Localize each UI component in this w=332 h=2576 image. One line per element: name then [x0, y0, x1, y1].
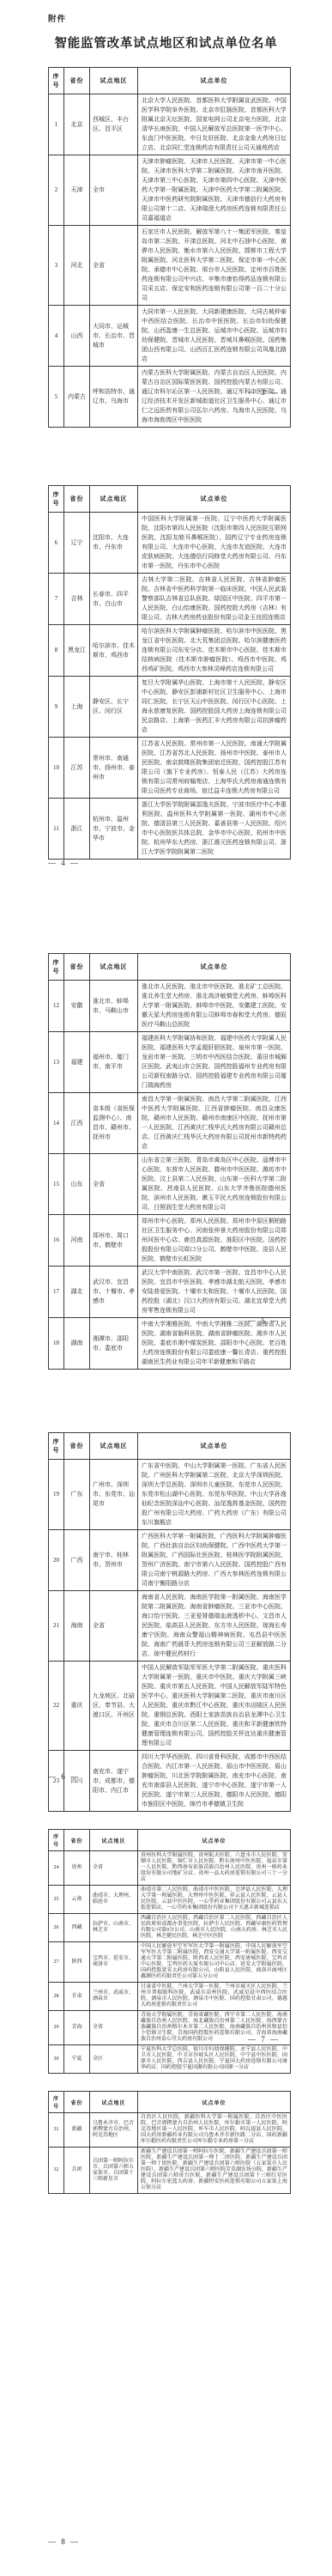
cell-province: 湖北: [64, 1267, 90, 1318]
cell-no: 15: [49, 1154, 64, 1215]
cell-region: 大同市、运城市、长治市、晋城市: [90, 306, 138, 367]
table-row: 4山西大同市、运城市、长治市、晋城市大同市第一人民医院、大同新建康医院、大同古城…: [49, 306, 291, 367]
cell-units: 郑州市中心医院、郑州人民医院、郑州市中原区桐柏路社区卫生服务中心、河南张仲景大药…: [138, 1215, 291, 1267]
pilot-table-page-8: 序号 省份 试点地区 试点单位 31新疆乌鲁木齐市、巴音郭楞蒙古自治州、阿克苏地…: [48, 2091, 291, 2194]
table-row: 11浙江杭州市、温州市、宁波市、金华市浙江大学医学院附属邵逸夫医院、宁波市医疗中…: [49, 799, 291, 860]
table-row: 14江西省本级（省医保监测中心）、南昌市、赣州市、抚州市南昌大学第一附属医院、南…: [49, 1093, 291, 1154]
cell-region: 全区: [90, 2045, 138, 2074]
cell-province: 海南: [64, 1591, 90, 1662]
pilot-table-page-3: 序号 省份 试点地区 试点单位 1北京西城区、丰台区、昌平区北京大学人民医院、首…: [48, 67, 291, 428]
table-row: 20广西南宁市、桂林市、贺州市广西医科大学第一附属医院、广西医科大学附属肿瘤医院…: [49, 1530, 291, 1591]
cell-no: 9: [49, 677, 64, 738]
attachment-label: 附件: [48, 12, 66, 24]
cell-province: 西藏: [64, 1914, 90, 1942]
page-number: — 5 —: [48, 1316, 280, 1325]
cell-units: 宁夏医科大学总医院、银川市妇幼保健院、永宁县人民医院、中卫市人民医院、中卫市沙坡…: [138, 2045, 291, 2074]
cell-no: 28: [49, 1983, 64, 2011]
cell-region: 南宁市、桂林市、贺州市: [90, 1530, 138, 1591]
cell-region: 兵团第一师阿拉尔市、兵团第六师五家渠市、兵团第十三师新星市: [90, 2148, 138, 2194]
col-header-no: 序号: [49, 68, 64, 94]
cell-units: 自治区人民医院、新疆医科大学第一附属医院、自治区中医医院、巴音郭楞蒙古自治州人民…: [138, 2113, 291, 2148]
cell-units: 广东省中医院、中山大学附属第一医院、广东省人民医院、广州医科大学附属第二医院、北…: [138, 1460, 291, 1530]
cell-province: 福建: [64, 1032, 90, 1093]
cell-units: 中国人民解放军陆军军医大学第二附属医院、重庆医科大学附属第一医院、重庆市中医院、…: [138, 1662, 291, 1751]
col-header-units: 试点单位: [138, 1433, 291, 1460]
col-header-no: 序号: [49, 2092, 64, 2113]
cell-province: 广西: [64, 1530, 90, 1591]
table-header: 序号 省份 试点地区 试点单位: [49, 954, 291, 981]
cell-no: 23: [49, 1751, 64, 1812]
cell-province: 广东: [64, 1460, 90, 1530]
table-row: 9上海静安区、长宁区、闵行区复旦大学附属华山医院、上海市第十人民医院、静安区中心…: [49, 677, 291, 738]
cell-units: 福建医科大学附属协和医院、福建中医药大学附属人民医院、福建医科大学孟超肝胆医院、…: [138, 1032, 291, 1093]
cell-province: 安徽: [64, 981, 90, 1032]
cell-region: 乌鲁木齐市、巴音郭楞蒙古自治州、阿克苏地区: [90, 2113, 138, 2148]
cell-no: 14: [49, 1093, 64, 1154]
col-header-province: 省份: [64, 68, 90, 94]
page-number: — 4 —: [48, 859, 280, 867]
cell-units: 大同市第一人民医院、大同新建康医院、大同古城仲泰中西医结合医院、长治市中医医院、…: [138, 306, 291, 367]
table-row: 13福建福州市、厦门市、南平市福建医科大学附属协和医院、福建中医药大学附属人民医…: [49, 1032, 291, 1093]
cell-province: 陕西: [64, 1942, 90, 1983]
cell-units: 中南大学湘雅医院、中南大学湘雅二医院、湖南省人民医院、湖南省脑科医院、湖南省肿瘤…: [138, 1318, 291, 1370]
cell-units: 曲靖市第二人民医院、曲靖市中医医院、会泽县人民医院、大理大学第一附属医院、大理州…: [138, 1886, 291, 1914]
cell-region: 九龙坡区、北碚区、奉节县、大渡口区、开州区: [90, 1662, 138, 1751]
cell-province: 江西: [64, 1093, 90, 1154]
cell-region: 全省: [90, 226, 138, 306]
pilot-table-page-5: 序号 省份 试点地区 试点单位 12安徽淮北市、蚌埠市、马鞍山市淮北市人民医院、…: [48, 953, 291, 1370]
cell-no: 27: [49, 1942, 64, 1983]
col-header-region: 试点地区: [90, 1433, 138, 1460]
table-row: 8黑龙江哈尔滨市、佳木斯市、鸡西市哈尔滨医科大学附属肿瘤医院、哈尔滨市中医医院、…: [49, 625, 291, 677]
col-header-region: 试点地区: [90, 1830, 138, 1851]
cell-region: 武汉市、宜昌市、十堰市、孝感市: [90, 1267, 138, 1318]
cell-units: 淮北市人民医院、淮北市中医医院、淮北矿工总医院、淮北养生堂大药房、淮北高济敏慎堂…: [138, 981, 291, 1032]
cell-province: 湖南: [64, 1318, 90, 1370]
table-row: 28甘肃兰州市、武威市、酒泉市甘肃省中医院、兰州大学第一医院、兰州市城关区人民医…: [49, 1983, 291, 2011]
table-row: 23四川南充市、遂宁市、成都市、德阳市、内江市四川大学华西医院、四川省骨科医院、…: [49, 1751, 291, 1812]
page-number: — 3 —: [48, 388, 280, 397]
cell-region: 省本级（省医保监测中心）、南昌市、赣州市、抚州市: [90, 1093, 138, 1154]
table-row: 12安徽淮北市、蚌埠市、马鞍山市淮北市人民医院、淮北市中医医院、淮北矿工总医院、…: [49, 981, 291, 1032]
cell-region: 长春市、四平市、白山市: [90, 574, 138, 625]
table-row: 30宁夏全区宁夏医科大学总医院、银川市妇幼保健院、永宁县人民医院、中卫市人民医院…: [49, 2045, 291, 2074]
table-row: 22重庆九龙坡区、北碚区、奉节县、大渡口区、开州区中国人民解放军陆军军医大学第二…: [49, 1662, 291, 1751]
cell-region: 沈阳市、大连市、丹东市: [90, 513, 138, 574]
cell-no: 30: [49, 2045, 64, 2074]
cell-units: 浙江大学医学院附属邵逸夫医院、宁波市医疗中心李惠利医院、温州医科大学附属第一医院…: [138, 799, 291, 860]
cell-no: 8: [49, 625, 64, 677]
cell-province: 北京: [64, 94, 90, 155]
col-header-units: 试点单位: [138, 1830, 291, 1851]
table-row: 2天津全市天津市肿瘤医院、天津市人民医院、天津市第一中心医院、天津市医科大学第二…: [49, 155, 291, 226]
table-header: 序号 省份 试点地区 试点单位: [49, 1830, 291, 1851]
cell-no: 1: [49, 94, 64, 155]
cell-no: 19: [49, 1460, 64, 1530]
cell-no: 6: [49, 513, 64, 574]
cell-region: 淮北市、蚌埠市、马鞍山市: [90, 981, 138, 1032]
table-row: 32兵团兵团第一师阿拉尔市、兵团第六师五家渠市、兵团第十三师新星市新疆生产建设兵…: [49, 2148, 291, 2194]
cell-no: 25: [49, 1886, 64, 1914]
table-row: 3河北全省石家庄市人民医院、解放军第八十一集团军医院、秦皇岛市第二医院、开滦总医…: [49, 226, 291, 306]
cell-no: 3: [49, 226, 64, 306]
table-row: 18湖南湘潭市、邵阳市、娄底市中南大学湘雅医院、中南大学湘雅二医院、湖南省人民医…: [49, 1318, 291, 1370]
col-header-units: 试点单位: [138, 486, 291, 513]
cell-no: 31: [49, 2113, 64, 2148]
cell-province: 河北: [64, 226, 90, 306]
col-header-units: 试点单位: [138, 954, 291, 981]
cell-province: 兵团: [64, 2148, 90, 2194]
cell-region: 呼和浩特市、通辽市、乌海市: [90, 367, 138, 428]
cell-province: 云南: [64, 1886, 90, 1914]
pilot-table-page-4: 序号 省份 试点地区 试点单位 6辽宁沈阳市、大连市、丹东市中国医科大学附属第一…: [48, 485, 291, 860]
cell-region: 拉萨市、山南市、林芝市: [90, 1914, 138, 1942]
cell-units: 吉林大学第二医院、吉林省人民医院、吉林省肿瘤医院、吉林省中医药科学院第一临床医院…: [138, 574, 291, 625]
col-header-region: 试点地区: [90, 2092, 138, 2113]
table-row: 31新疆乌鲁木齐市、巴音郭楞蒙古自治州、阿克苏地区自治区人民医院、新疆医科大学第…: [49, 2113, 291, 2148]
document-page: 附件 智能监管改革试点地区和试点单位名单 序号 省份 试点地区 试点单位 1北京…: [0, 0, 332, 2576]
table-row: 10江苏常州市、南通市、扬州市、泰州市江苏省人民医院、常州市第一人民医院、南通大…: [49, 738, 291, 799]
cell-region: 宝鸡市、延安市、商洛市: [90, 1942, 138, 1983]
cell-province: 江苏: [64, 738, 90, 799]
table-row: 21海南全省海南省人民医院、海南医学院第一附属医院、海南医学院第二附属医院、海南…: [49, 1591, 291, 1662]
cell-units: 新疆生产建设兵团第一师阿拉尔医院、新疆生产建设兵团第一师医院、新疆生产建设兵团第…: [138, 2148, 291, 2194]
cell-region: 曲靖市、大理州、临沧市: [90, 1886, 138, 1914]
cell-province: 上海: [64, 677, 90, 738]
cell-province: 甘肃: [64, 1983, 90, 2011]
table-row: 1北京西城区、丰台区、昌平区北京大学人民医院、首都医科大学附属宣武医院、中国医学…: [49, 94, 291, 155]
col-header-province: 省份: [64, 2092, 90, 2113]
cell-units: 广西医科大学第一附属医院、广西医科大学附属肿瘤医院、广西壮族自治区妇幼保健院、广…: [138, 1530, 291, 1591]
cell-province: 重庆: [64, 1662, 90, 1751]
cell-no: 7: [49, 574, 64, 625]
table-row: 25云南曲靖市、大理州、临沧市曲靖市第二人民医院、曲靖市中医医院、会泽县人民医院…: [49, 1886, 291, 1914]
table-header: 序号 省份 试点地区 试点单位: [49, 2092, 291, 2113]
col-header-province: 省份: [64, 954, 90, 981]
cell-region: 湘潭市、邵阳市、娄底市: [90, 1318, 138, 1370]
cell-region: 全市: [90, 155, 138, 226]
cell-units: 哈尔滨医科大学附属肿瘤医院、哈尔滨市中医医院、黑龙江省中医医院、北大荒集团总医院…: [138, 625, 291, 677]
cell-province: 吉林: [64, 574, 90, 625]
cell-units: 复旦大学附属华山医院、上海市第十人民医院、静安区中心医院、静安区彭浦新村社区卫生…: [138, 677, 291, 738]
cell-region: 福州市、厦门市、南平市: [90, 1032, 138, 1093]
cell-region: 广州市、深圳市、东莞市、汕尾市: [90, 1460, 138, 1530]
cell-province: 山西: [64, 306, 90, 367]
cell-region: 全省: [90, 1154, 138, 1215]
cell-no: 32: [49, 2148, 64, 2194]
cell-province: 黑龙江: [64, 625, 90, 677]
col-header-units: 试点单位: [138, 68, 291, 94]
cell-no: 20: [49, 1530, 64, 1591]
table-header: 序号 省份 试点地区 试点单位: [49, 68, 291, 94]
cell-units: 四川大学华西医院、四川省骨科医院、成都市中西医结合医院、内江市第一人民医院、眉山…: [138, 1751, 291, 1812]
table-row: 26西藏拉萨市、山南市、林芝市西藏自治区人民医院、西藏自治区第二人民医院、西藏自…: [49, 1914, 291, 1942]
table-row: 5内蒙古呼和浩特市、通辽市、乌海市内蒙古医科大学附属医院、内蒙古自治区人民医院、…: [49, 367, 291, 428]
cell-region: 杭州市、温州市、宁波市、金华市: [90, 799, 138, 860]
table-header: 序号 省份 试点地区 试点单位: [49, 1433, 291, 1460]
cell-units: 中国医科大学附属第一医院、辽宁中医药大学附属医院、沈阳市第四人民医院（沈阳市第四…: [138, 513, 291, 574]
table-header: 序号 省份 试点地区 试点单位: [49, 486, 291, 513]
cell-no: 22: [49, 1662, 64, 1751]
col-header-region: 试点地区: [90, 954, 138, 981]
table-row: 24贵州全省贵州医科大学附属医院、贵州航天医院、六盘水市人民医院、安顺市人民医院…: [49, 1851, 291, 1886]
table-row: 16河南郑州市、周口市、鹤壁市郑州市中心医院、郑州人民医院、郑州市中原区桐柏路社…: [49, 1215, 291, 1267]
cell-units: 北京大学人民医院、首都医科大学附属宣武医院、中国医学科学院阜外医院、北京市肛肠医…: [138, 94, 291, 155]
table-row: 19广东广州市、深圳市、东莞市、汕尾市广东省中医院、中山大学附属第一医院、广东省…: [49, 1460, 291, 1530]
cell-region: 西城区、丰台区、昌平区: [90, 94, 138, 155]
cell-units: 内蒙古医科大学附属医院、内蒙古自治区人民医院、内蒙古自治区国际蒙医医院、国药控股…: [138, 367, 291, 428]
table-row: 27陕西宝鸡市、延安市、商洛市中国人民解放军空军军医大学第一附属医院、中国人民解…: [49, 1942, 291, 1983]
cell-region: 南充市、遂宁市、成都市、德阳市、内江市: [90, 1751, 138, 1812]
cell-units: 中国人民解放军空军军医大学第一附属医院、中国人民解放军空军军医大学第二附属医院、…: [138, 1942, 291, 1983]
cell-units: 江苏省人民医院、常州市第一人民医院、南通大学附属医院、江苏省苏北人民医院、扬州市…: [138, 738, 291, 799]
cell-province: 宁夏: [64, 2045, 90, 2074]
cell-units: 武汉大学中南医院、武汉市第一医院、宜昌市中心人民医院、宜昌市中医医院、孝感市湖北…: [138, 1267, 291, 1318]
cell-no: 2: [49, 155, 64, 226]
cell-region: 常州市、南通市、扬州市、泰州市: [90, 738, 138, 799]
cell-province: 辽宁: [64, 513, 90, 574]
cell-province: 山东: [64, 1154, 90, 1215]
cell-province: 四川: [64, 1751, 90, 1812]
page-number: — 8 —: [48, 2537, 280, 2546]
cell-province: 贵州: [64, 1851, 90, 1886]
cell-no: 18: [49, 1318, 64, 1370]
col-header-region: 试点地区: [90, 68, 138, 94]
page-number: — 6 —: [48, 1772, 280, 1781]
col-header-no: 序号: [49, 954, 64, 981]
cell-units: 天津市肿瘤医院、天津市人民医院、天津市第一中心医院、天津市医科大学第二附属医院、…: [138, 155, 291, 226]
cell-no: 24: [49, 1851, 64, 1886]
cell-units: 石家庄市人民医院、解放军第八十一集团军医院、秦皇岛市第二医院、开滦总医院、河北中…: [138, 226, 291, 306]
cell-province: 河南: [64, 1215, 90, 1267]
cell-province: 新疆: [64, 2113, 90, 2148]
cell-units: 贵州医科大学附属医院、贵州航天医院、六盘水市人民医院、安顺市人民医院、铜仁市人民…: [138, 1851, 291, 1886]
cell-no: 13: [49, 1032, 64, 1093]
col-header-no: 序号: [49, 1830, 64, 1851]
document-title: 智能监管改革试点地区和试点单位名单: [0, 33, 332, 52]
page-number: — 7 —: [48, 2035, 280, 2044]
cell-units: 甘肃省中医院、兰州大学第一医院、兰州市城关区人民医院、兰州市普瑞眼科医院、武威市…: [138, 1983, 291, 2011]
cell-units: 山东省立第三医院、青岛市黄岛区中心医院、淄博市中心医院、东营市人民医院、滕州市中…: [138, 1154, 291, 1215]
cell-no: 26: [49, 1914, 64, 1942]
cell-no: 21: [49, 1591, 64, 1662]
cell-no: 11: [49, 799, 64, 860]
table-row: 6辽宁沈阳市、大连市、丹东市中国医科大学附属第一医院、辽宁中医药大学附属医院、沈…: [49, 513, 291, 574]
cell-units: 海南省人民医院、海南医学院第一附属医院、海南医学院第二附属医院、海南省肿瘤医院、…: [138, 1591, 291, 1662]
cell-province: 内蒙古: [64, 367, 90, 428]
pilot-table-page-6: 序号 省份 试点地区 试点单位 19广东广州市、深圳市、东莞市、汕尾市广东省中医…: [48, 1432, 291, 1812]
col-header-region: 试点地区: [90, 486, 138, 513]
cell-no: 16: [49, 1215, 64, 1267]
cell-province: 浙江: [64, 799, 90, 860]
cell-no: 5: [49, 367, 64, 428]
col-header-province: 省份: [64, 486, 90, 513]
col-header-province: 省份: [64, 1433, 90, 1460]
col-header-province: 省份: [64, 1830, 90, 1851]
col-header-units: 试点单位: [138, 2092, 291, 2113]
cell-province: 天津: [64, 155, 90, 226]
col-header-no: 序号: [49, 1433, 64, 1460]
table-row: 15山东全省山东省立第三医院、青岛市黄岛区中心医院、淄博市中心医院、东营市人民医…: [49, 1154, 291, 1215]
cell-no: 17: [49, 1267, 64, 1318]
table-row: 7吉林长春市、四平市、白山市吉林大学第二医院、吉林省人民医院、吉林省肿瘤医院、吉…: [49, 574, 291, 625]
cell-no: 4: [49, 306, 64, 367]
cell-region: 郑州市、周口市、鹤壁市: [90, 1215, 138, 1267]
cell-region: 静安区、长宁区、闵行区: [90, 677, 138, 738]
cell-region: 全省: [90, 1851, 138, 1886]
col-header-no: 序号: [49, 486, 64, 513]
table-row: 17湖北武汉市、宜昌市、十堰市、孝感市武汉大学中南医院、武汉市第一医院、宜昌市中…: [49, 1267, 291, 1318]
cell-region: 哈尔滨市、佳木斯市、鸡西市: [90, 625, 138, 677]
cell-no: 12: [49, 981, 64, 1032]
cell-no: 10: [49, 738, 64, 799]
cell-units: 南昌大学第一附属医院、南昌大学第二附属医院、江西中医药大学附属医院、江西省肿瘤医…: [138, 1093, 291, 1154]
cell-region: 全省: [90, 1591, 138, 1662]
cell-region: 兰州市、武威市、酒泉市: [90, 1983, 138, 2011]
cell-units: 西藏自治区人民医院、西藏自治区第二人民医院、西藏自治区人民政府驻成都办事处医院、…: [138, 1914, 291, 1942]
